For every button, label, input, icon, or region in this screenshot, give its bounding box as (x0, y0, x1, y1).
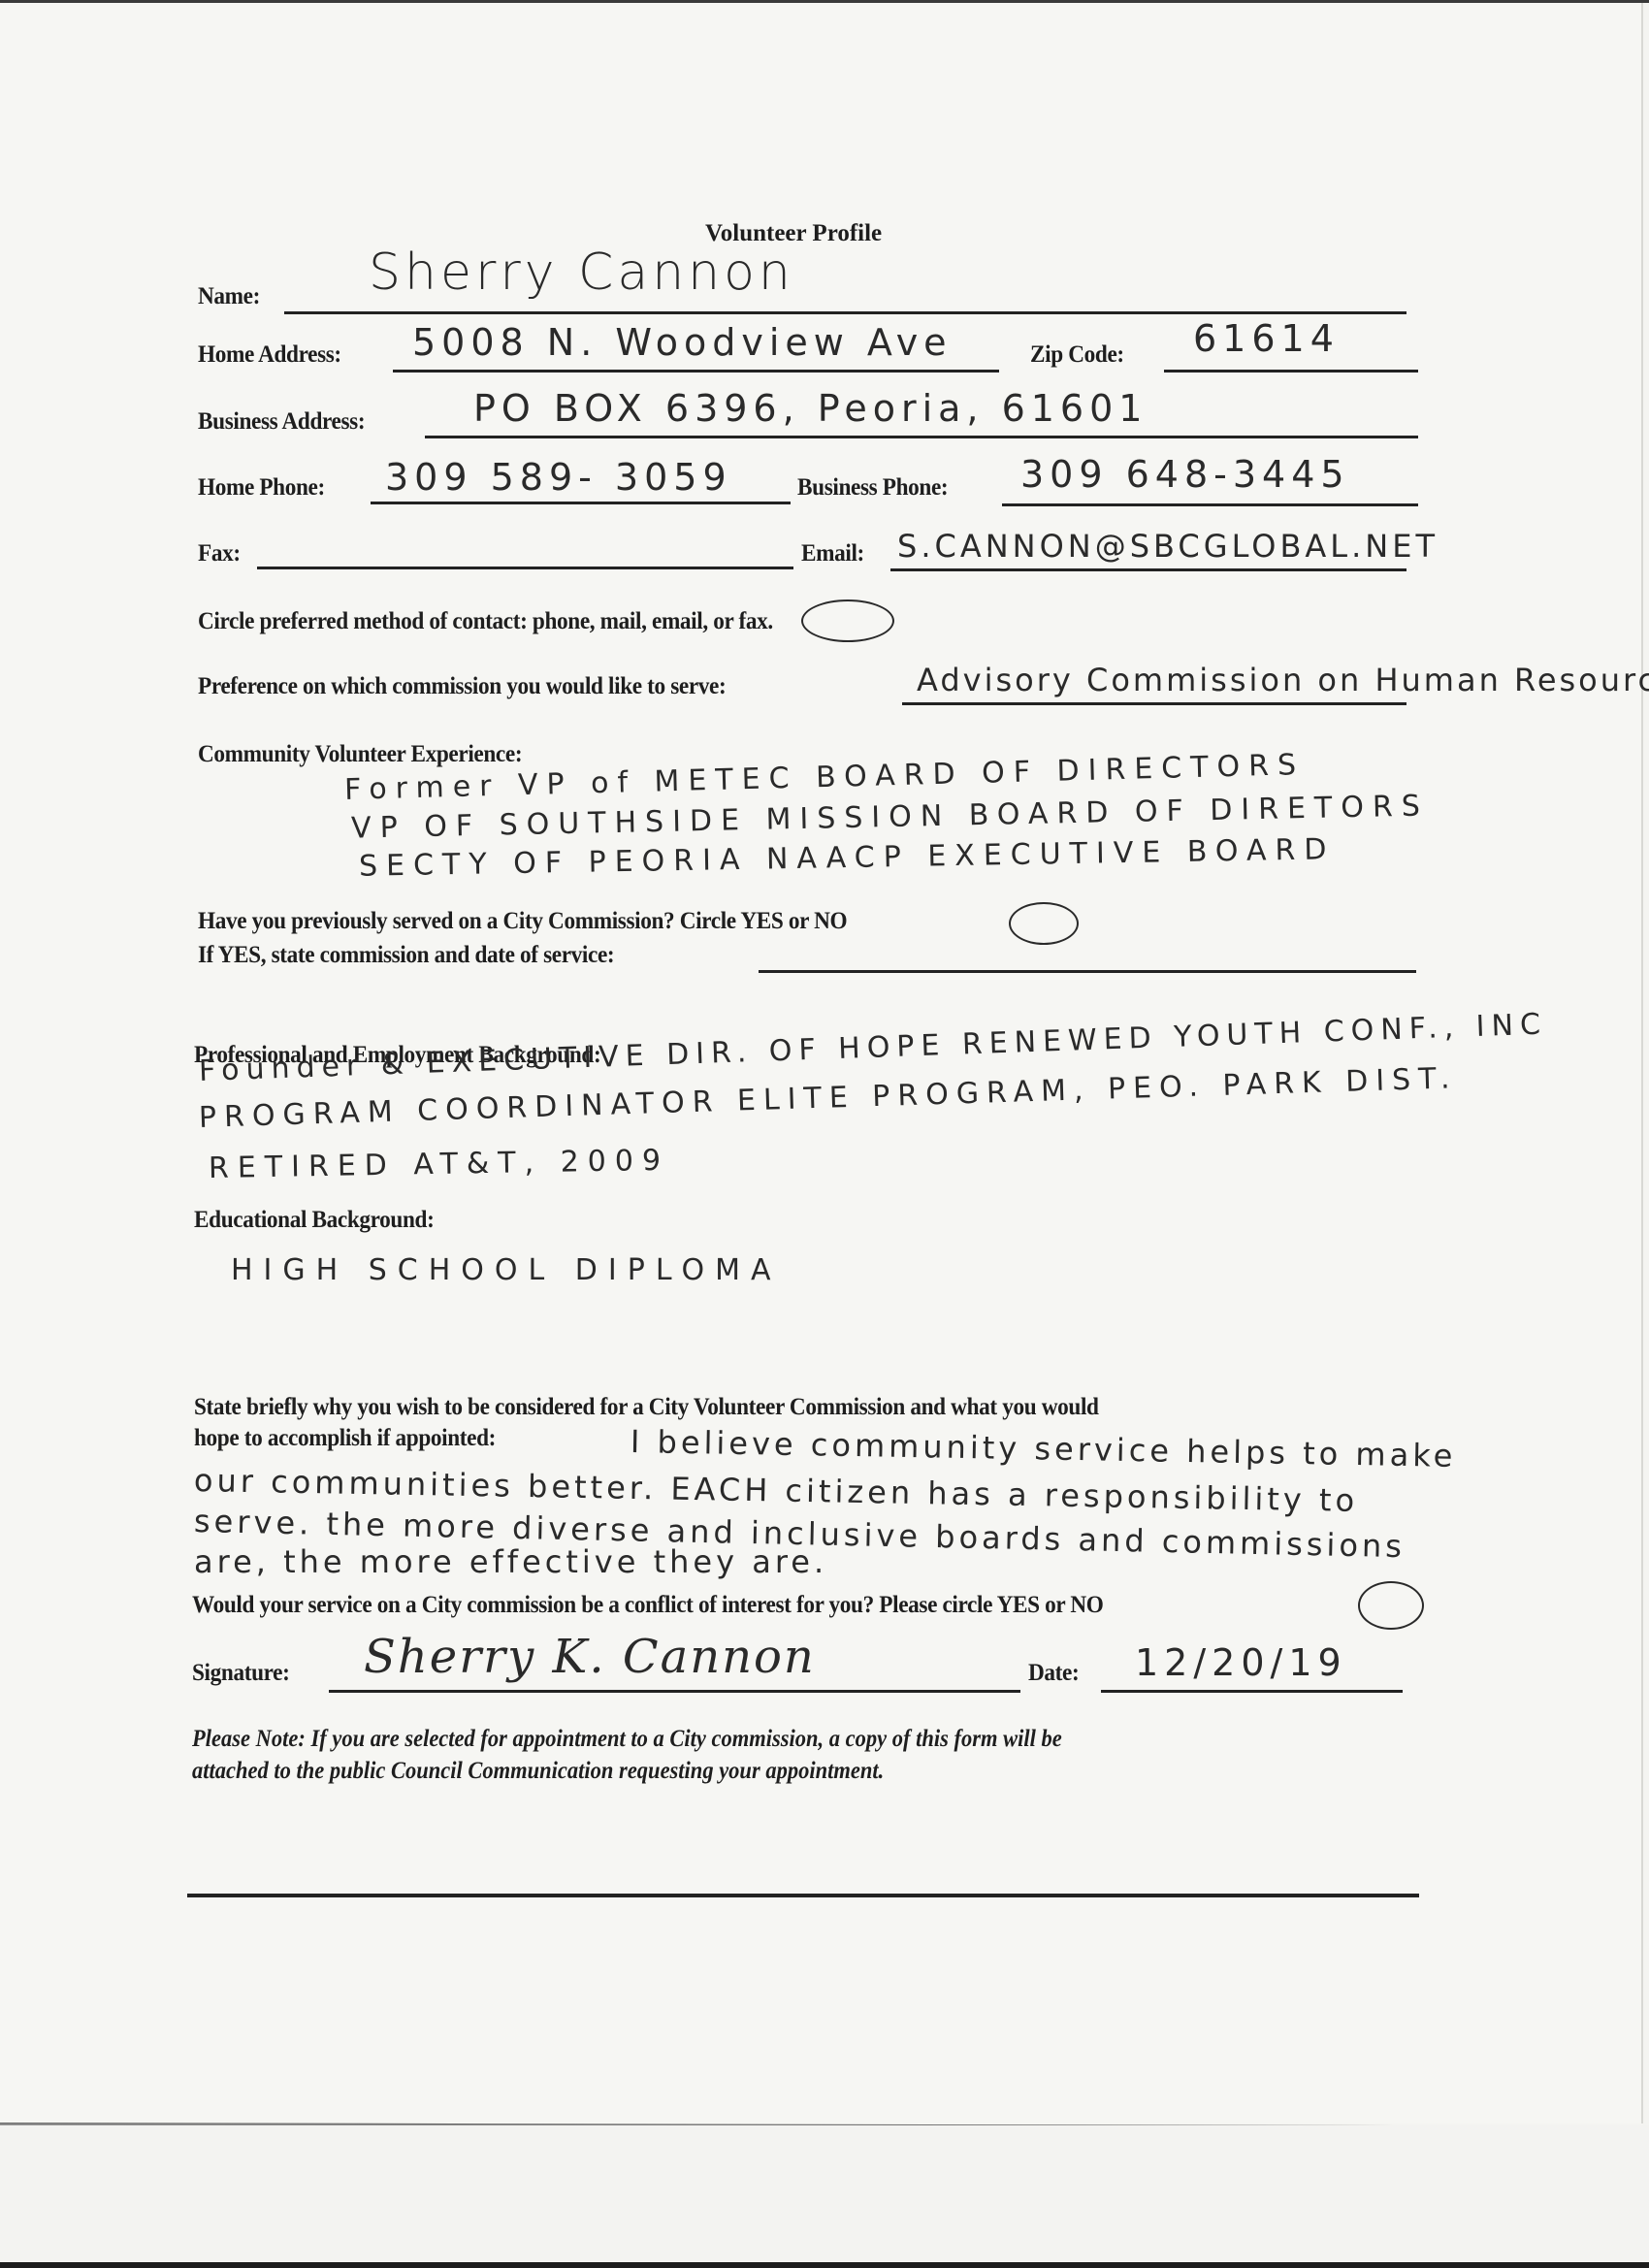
commission-preference-label: Preference on which commission you would… (198, 674, 726, 698)
conflict-no-circle[interactable] (1358, 1581, 1424, 1630)
business-address-label: Business Address: (198, 409, 365, 434)
email-field[interactable] (890, 568, 1406, 571)
professional-background-line: RETIRED AT&T, 2009 (209, 1147, 670, 1183)
conflict-of-interest-label: Would your service on a City commission … (192, 1593, 1104, 1617)
home-phone-label: Home Phone: (198, 475, 325, 500)
previous-service-no-circle[interactable] (1009, 902, 1079, 945)
educational-background-value: HIGH SCHOOL DIPLOMA (231, 1256, 781, 1285)
fax-label: Fax: (198, 541, 241, 566)
zip-code-field[interactable] (1164, 370, 1418, 373)
educational-background-label: Educational Background: (194, 1208, 434, 1232)
home-address-label: Home Address: (198, 342, 341, 367)
commission-preference-field[interactable] (902, 702, 1406, 705)
signature-field[interactable] (329, 1690, 1020, 1693)
name-label: Name: (198, 284, 260, 308)
zip-code-value: 61614 (1193, 320, 1340, 357)
date-value: 12/20/19 (1135, 1644, 1347, 1681)
home-phone-field[interactable] (371, 502, 791, 504)
business-phone-value: 309 648-3445 (1020, 456, 1350, 493)
email-choice-circle[interactable] (801, 599, 894, 642)
reason-label-line1: State briefly why you wish to be conside… (194, 1395, 1099, 1419)
date-field[interactable] (1101, 1690, 1403, 1693)
business-address-field[interactable] (425, 436, 1418, 438)
email-label: Email: (801, 541, 864, 566)
home-address-field[interactable] (393, 370, 999, 373)
business-phone-field[interactable] (1002, 503, 1418, 506)
home-phone-value: 309 589- 3059 (385, 459, 732, 496)
please-note-line1: Please Note: If you are selected for app… (192, 1727, 1062, 1751)
signature-label: Signature: (192, 1661, 289, 1685)
date-label: Date: (1028, 1661, 1079, 1685)
form-title: Volunteer Profile (705, 221, 882, 245)
home-address-value: 5008 N. Woodview Ave (412, 324, 953, 361)
email-value: S.CANNON@SBCGLOBAL.NET (897, 531, 1439, 562)
previous-service-detail-label: If YES, state commission and date of ser… (198, 943, 614, 967)
previous-service-detail-field[interactable] (759, 970, 1416, 973)
business-phone-label: Business Phone: (797, 475, 948, 500)
scan-bottom-edge (0, 2262, 1649, 2268)
bottom-divider (187, 1894, 1419, 1897)
business-address-value: PO BOX 6396, Peoria, 61601 (473, 390, 1148, 427)
contact-method-label: Circle preferred method of contact: phon… (198, 609, 773, 633)
fax-field[interactable] (257, 567, 793, 569)
name-field[interactable] (284, 311, 1406, 314)
zip-code-label: Zip Code: (1030, 342, 1124, 367)
please-note-line2: attached to the public Council Communica… (192, 1759, 884, 1783)
commission-preference-value: Advisory Commission on Human Resources (917, 664, 1649, 696)
reason-line: are, the more effective they are. (194, 1546, 827, 1577)
scanner-bed (0, 2125, 1649, 2262)
previous-service-label: Have you previously served on a City Com… (198, 909, 847, 933)
volunteer-experience-label: Community Volunteer Experience: (198, 742, 522, 766)
reason-label-line2: hope to accomplish if appointed: (194, 1426, 496, 1450)
name-value: Sherry Cannon (369, 247, 794, 298)
signature-value: Sherry K. Cannon (364, 1630, 816, 1684)
